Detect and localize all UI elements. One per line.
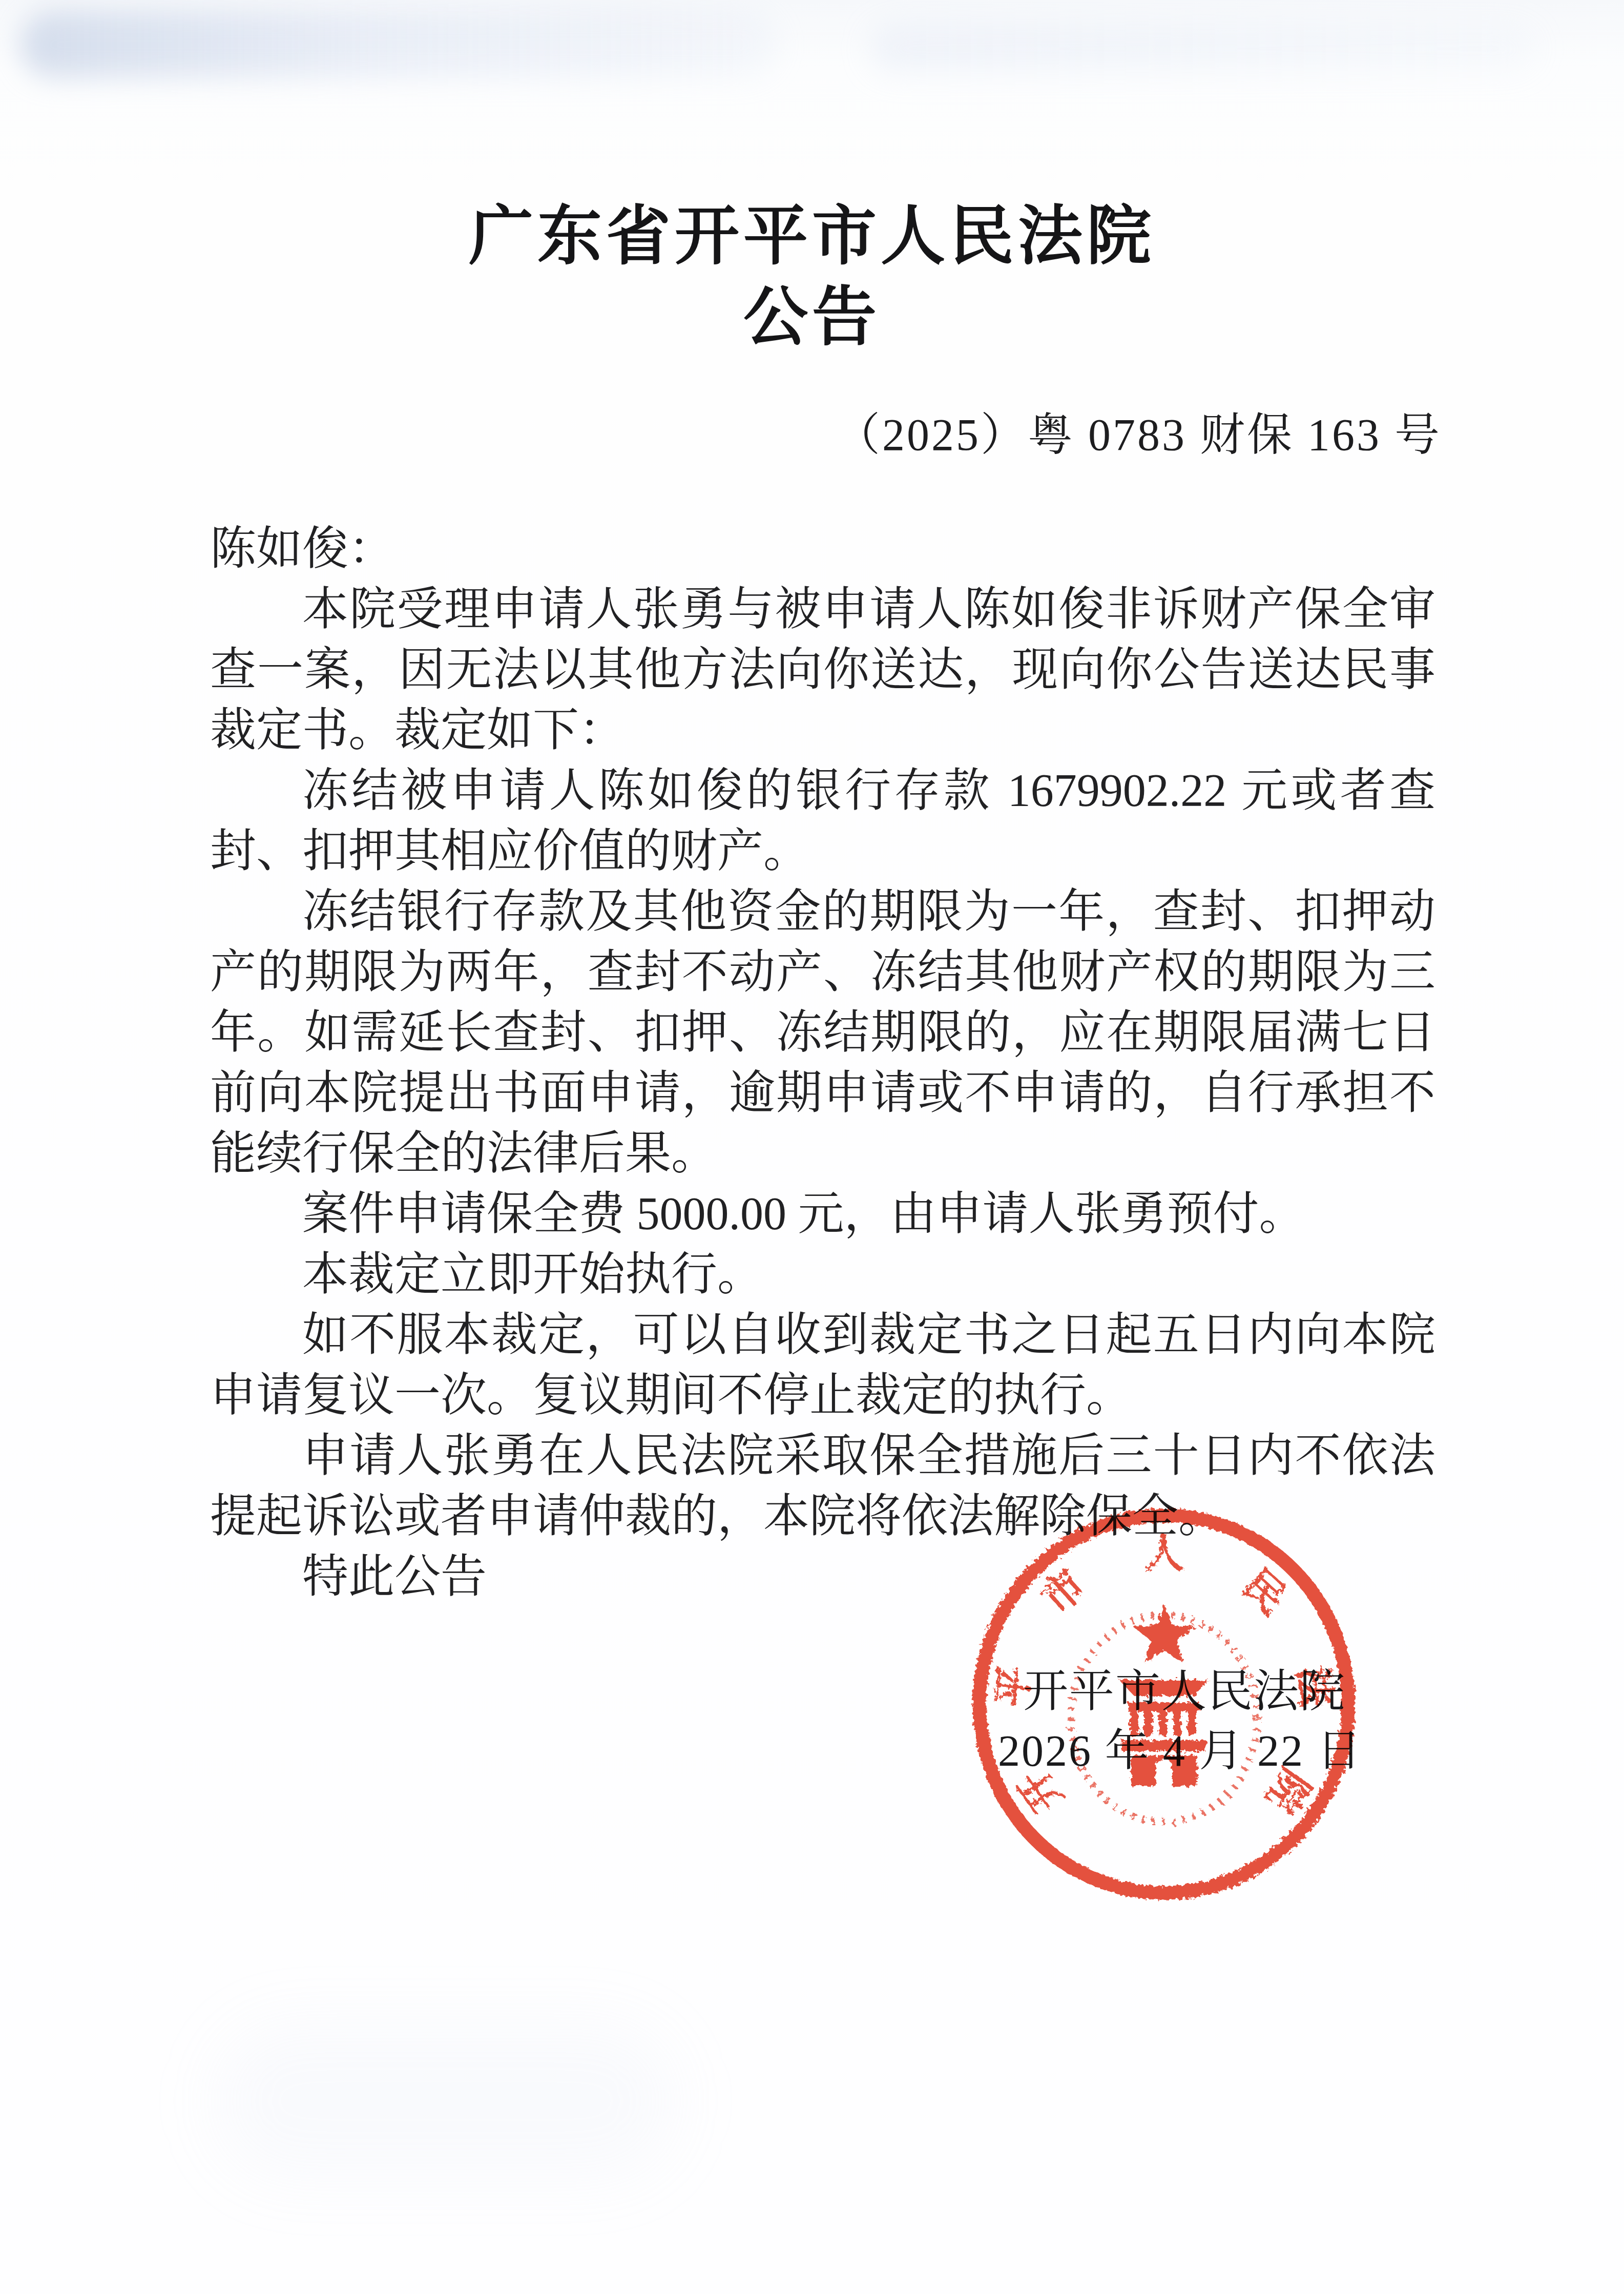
paragraph-freeze-amount: 冻结被申请人陈如俊的银行存款 1679902.22 元或者查封、扣押其相应价值的…: [210, 761, 1435, 882]
emblem-star: [1133, 1604, 1195, 1663]
seal-national-emblem: [1119, 1604, 1209, 1786]
scanned-court-announcement: 广东省开平市人民法院 公告 （2025）粤 0783 财保 163 号 陈如俊：…: [0, 0, 1624, 2294]
emblem-eave: [1128, 1702, 1200, 1711]
scan-artifact-bottom: [215, 2024, 676, 2178]
emblem-gate: [1156, 1759, 1172, 1786]
seal-char: 人: [1143, 1531, 1184, 1576]
seal-graphics: 开 平 市 人 民 法 院: [980, 1516, 1348, 1893]
salutation: 陈如俊：: [210, 519, 1435, 580]
paragraph-acceptance: 本院受理申请人张勇与被申请人陈如俊非诉财产保全审查一案，因无法以其他方法向你送达…: [210, 580, 1435, 761]
emblem-pillars: [1130, 1711, 1196, 1736]
seal-char: 法: [1289, 1664, 1339, 1710]
emblem-roof: [1119, 1680, 1209, 1696]
scan-artifact-top: [20, 11, 779, 78]
paragraph-fee: 案件申请保全费 5000.00 元，由申请人张勇预付。: [210, 1184, 1435, 1245]
emblem-base: [1122, 1740, 1206, 1751]
seal-char: 平: [989, 1664, 1039, 1710]
court-title: 广东省开平市人民法院: [0, 204, 1624, 268]
paragraph-execution: 本裁定立即开始执行。: [210, 1245, 1435, 1305]
announcement-body: 陈如俊： 本院受理申请人张勇与被申请人陈如俊非诉财产保全审查一案，因无法以其他方…: [210, 519, 1435, 1607]
paragraph-review: 如不服本裁定，可以自收到裁定书之日起五日内向本院申请复议一次。复议期间不停止裁定…: [210, 1305, 1435, 1426]
paragraph-duration: 冻结银行存款及其他资金的期限为一年，查封、扣押动产的期限为两年，查封不动产、冻结…: [210, 882, 1435, 1184]
court-seal: 开 平 市 人 民 法 院: [959, 1497, 1369, 1911]
case-number: （2025）粤 0783 财保 163 号: [835, 412, 1442, 459]
scan-artifact-top-right: [871, 26, 1537, 72]
doc-type-title: 公告: [0, 285, 1624, 349]
